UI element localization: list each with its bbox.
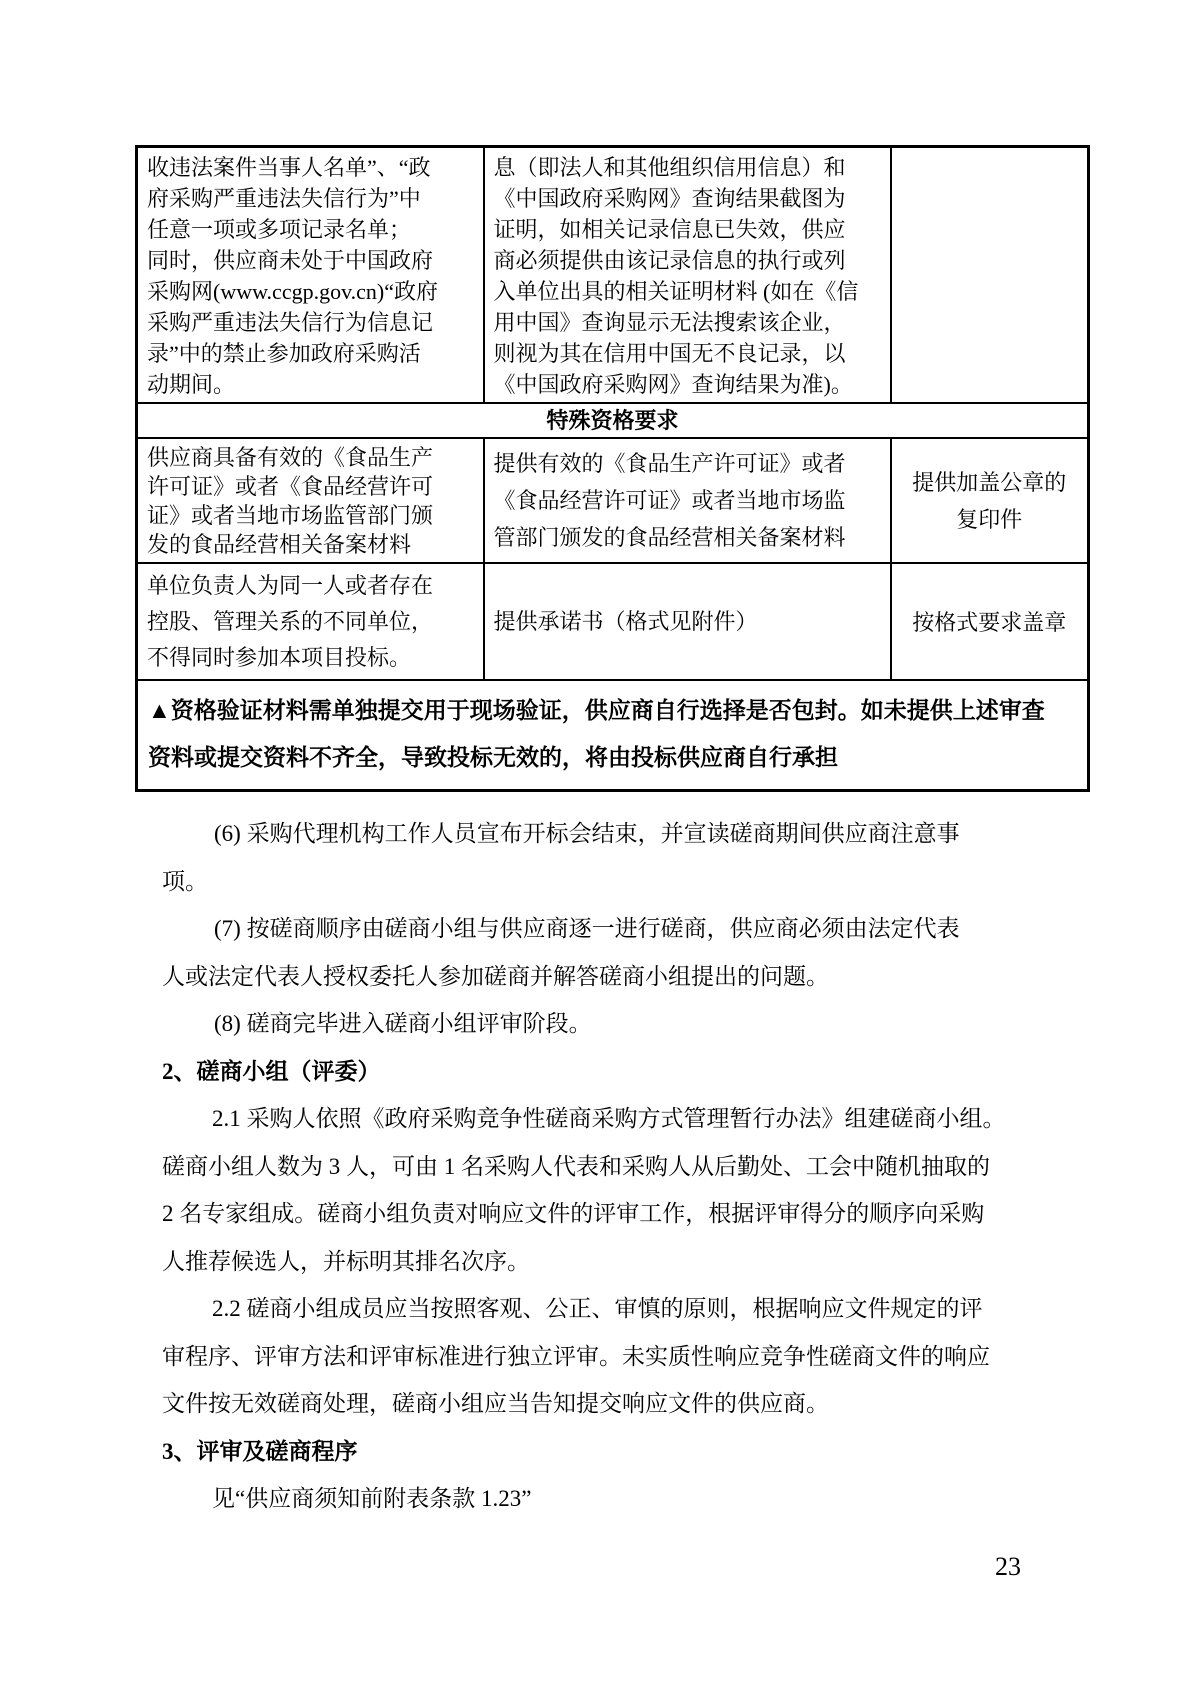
special-requirements-header: 特殊资格要求: [137, 403, 1089, 438]
paragraph-item-7: (7) 按磋商顺序由磋商小组与供应商逐一进行磋商，供应商必须由法定代表 人或法定…: [162, 905, 1062, 1000]
table-row-special-header: 特殊资格要求: [137, 403, 1089, 438]
cell-condition-continued: 收违法案件当事人名单”、“政 府采购严重违法失信行为”中 任意一项或多项记录名单…: [137, 147, 484, 404]
table-row-continuation: 收违法案件当事人名单”、“政 府采购严重违法失信行为”中 任意一项或多项记录名单…: [137, 147, 1089, 404]
paragraph-2-1: 2.1 采购人依照《政府采购竞争性磋商采购方式管理暂行办法》组建磋商小组。 磋商…: [162, 1095, 1062, 1285]
heading-review-procedure: 3、评审及磋商程序: [162, 1428, 1062, 1476]
heading-negotiation-group: 2、磋商小组（评委）: [162, 1048, 1062, 1096]
qualification-note: ▲资格验证材料需单独提交用于现场验证，供应商自行选择是否包封。如未提供上述审查 …: [137, 680, 1089, 791]
table-row-food-license: 供应商具备有效的《食品生产 许可证》或者《食品经营许可 证》或者当地市场监管部门…: [137, 438, 1089, 563]
paragraph-2-2: 2.2 磋商小组成员应当按照客观、公正、审慎的原则，根据响应文件规定的评 审程序…: [162, 1285, 1062, 1428]
cell-food-license-proof: 提供有效的《食品生产许可证》或者 《食品经营许可证》或者当地市场监 管部门颁发的…: [484, 438, 891, 563]
document-page: 收违法案件当事人名单”、“政 府采购严重违法失信行为”中 任意一项或多项记录名单…: [0, 0, 1190, 1682]
qualification-table: 收违法案件当事人名单”、“政 府采购严重违法失信行为”中 任意一项或多项记录名单…: [135, 145, 1090, 792]
paragraph-item-6: (6) 采购代理机构工作人员宣布开标会结束，并宣读磋商期间供应商注意事 项。: [162, 810, 1062, 905]
cell-proof-continued: 息（即法人和其他组织信用信息）和 《中国政府采购网》查询结果截图为 证明，如相关…: [484, 147, 891, 404]
cell-same-person-condition: 单位负责人为同一人或者存在 控股、管理关系的不同单位， 不得同时参加本项目投标。: [137, 563, 484, 680]
document-body: (6) 采购代理机构工作人员宣布开标会结束，并宣读磋商期间供应商注意事 项。 (…: [162, 810, 1062, 1523]
cell-commitment-proof: 提供承诺书（格式见附件）: [484, 563, 891, 680]
cell-stamp-requirement: 按格式要求盖章: [891, 563, 1089, 680]
page-number: 23: [995, 1552, 1021, 1582]
paragraph-reference: 见“供应商须知前附表条款 1.23”: [162, 1475, 1062, 1523]
table-row-same-person: 单位负责人为同一人或者存在 控股、管理关系的不同单位， 不得同时参加本项目投标。…: [137, 563, 1089, 680]
table-row-note: ▲资格验证材料需单独提交用于现场验证，供应商自行选择是否包封。如未提供上述审查 …: [137, 680, 1089, 791]
cell-food-license-condition: 供应商具备有效的《食品生产 许可证》或者《食品经营许可 证》或者当地市场监管部门…: [137, 438, 484, 563]
paragraph-item-8: (8) 磋商完毕进入磋商小组评审阶段。: [162, 1000, 1062, 1048]
cell-requirement-empty: [891, 147, 1089, 404]
cell-food-license-requirement: 提供加盖公章的 复印件: [891, 438, 1089, 563]
